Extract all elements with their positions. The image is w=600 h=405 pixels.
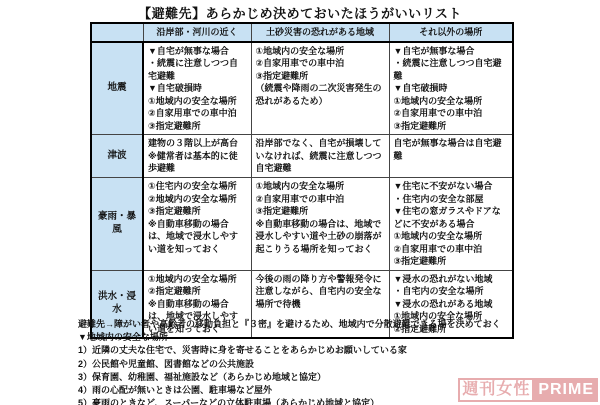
cell-earthquake-other: ▼自宅が無事な場合 ・続震に注意しつつ自宅避難 ▼自宅破損時 ①地域内の安全な場… — [389, 42, 513, 135]
footer-note: 避難先→障がい者や高齢者の移動負担と『３密』を避けるため、地域内で分散避難できる… — [78, 318, 548, 331]
cell-tsunami-other: 自宅が無事な場合は自宅避難 — [389, 135, 513, 178]
cell-tsunami-coastal: 建物の３階以上が高台 ※健常者は基本的に徒歩避難 — [143, 135, 251, 178]
row-label-storm: 豪雨・暴風 — [91, 178, 143, 271]
cell-earthquake-coastal: ▼自宅が無事な場合 ・続震に注意しつつ自宅避難 ▼自宅破損時 ①地域内の安全な場… — [143, 42, 251, 135]
logo-text-prime: PRIME — [534, 378, 598, 402]
row-label-tsunami: 津波 — [91, 135, 143, 178]
magazine-logo: 週刊女性 PRIME — [458, 378, 598, 402]
cell-storm-landslide: ①地域内の安全な場所 ②自家用車での車中泊 ③指定避難所 ※自動車移動の場合は、… — [251, 178, 389, 271]
evacuation-table: 沿岸部・河川の近く 土砂災害の恐れがある地域 それ以外の場所 地震 ▼自宅が無事… — [90, 22, 514, 339]
corner-cell — [91, 23, 143, 42]
table-row-tsunami: 津波 建物の３階以上が高台 ※健常者は基本的に徒歩避難 沿岸部でなく、自宅が損壊… — [91, 135, 513, 178]
cell-earthquake-landslide: ①地域内の安全な場所 ②自家用車での車中泊 ③指定避難所 （続震や降雨の二次災害… — [251, 42, 389, 135]
logo-text-shukan-josei: 週刊女性 — [458, 378, 534, 402]
page: 【避難先】あらかじめ決めておいたほうがいいリスト 沿岸部・河川の近く 土砂災害の… — [0, 0, 600, 405]
col-header-coastal: 沿岸部・河川の近く — [143, 23, 251, 42]
header-row: 沿岸部・河川の近く 土砂災害の恐れがある地域 それ以外の場所 — [91, 23, 513, 42]
footer-subheading: ▼地域内の安全な場所 — [78, 331, 548, 344]
page-title: 【避難先】あらかじめ決めておいたほうがいいリスト — [0, 3, 600, 22]
row-label-earthquake: 地震 — [91, 42, 143, 135]
cell-tsunami-landslide: 沿岸部でなく、自宅が損壊していなければ、続震に注意しつつ自宅避難 — [251, 135, 389, 178]
cell-storm-coastal: ①住宅内の安全な場所 ②地域内の安全な場所 ③指定避難所 ※自動車移動の場合は、… — [143, 178, 251, 271]
table-row-storm: 豪雨・暴風 ①住宅内の安全な場所 ②地域内の安全な場所 ③指定避難所 ※自動車移… — [91, 178, 513, 271]
table-row-earthquake: 地震 ▼自宅が無事な場合 ・続震に注意しつつ自宅避難 ▼自宅破損時 ①地域内の安… — [91, 42, 513, 135]
footer-item-1: 1）近隣の丈夫な住宅で、災害時に身を寄せることをあらかじめお願いしている家 — [78, 344, 548, 357]
footer-item-2: 2）公民館や児童館、図書館などの公共施設 — [78, 358, 548, 371]
col-header-other: それ以外の場所 — [389, 23, 513, 42]
col-header-landslide: 土砂災害の恐れがある地域 — [251, 23, 389, 42]
cell-storm-other: ▼住宅に不安がない場合 ・住宅内の安全な部屋 ▼住宅の窓ガラスやドアなどに不安が… — [389, 178, 513, 271]
